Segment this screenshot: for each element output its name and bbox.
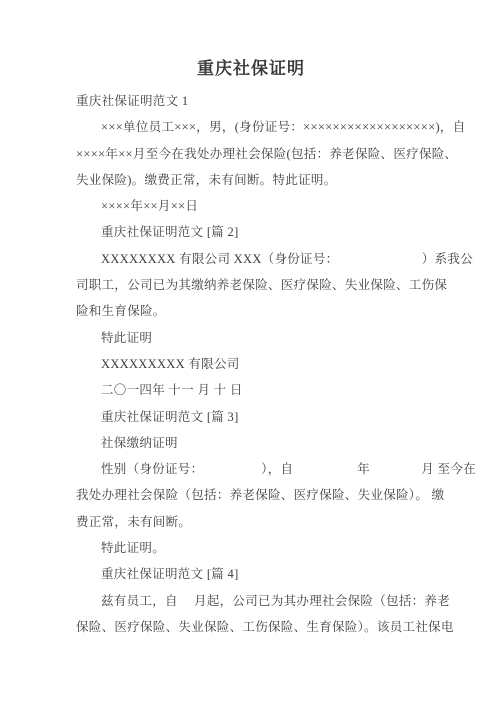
- document-line: 特此证明。: [76, 535, 426, 561]
- document-line: 重庆社保证明范文 [篇 2]: [76, 219, 426, 245]
- document-line: XXXXXXXXX 有限公司: [76, 351, 426, 377]
- document-title: 重庆社保证明: [76, 54, 426, 84]
- document-line: ××××年××月至今在我处办理社会保险(包括：养老保险、医疗保险、: [76, 141, 426, 167]
- document-line: 重庆社保证明范文 1: [76, 88, 426, 114]
- document-line: 性别（身份证号： ），自 年 月 至今在: [76, 456, 426, 482]
- document-line: 我处办理社会保险（包括：养老保险、医疗保险、失业保险）。 缴: [76, 482, 426, 508]
- document-page: 重庆社保证明 重庆社保证明范文 1×××单位员工×××，男，(身份证号：××××…: [0, 0, 500, 707]
- document-line: 司职工，公司已为其缴纳养老保险、医疗保险、失业保险、工伤保: [76, 272, 426, 298]
- document-line: 兹有员工，自 月起，公司已为其办理社会保险（包括：养老: [76, 588, 426, 614]
- document-line: 特此证明: [76, 325, 426, 351]
- document-line: 险和生育保险。: [76, 298, 426, 324]
- document-line: ××××年××月××日: [76, 193, 426, 219]
- document-body: 重庆社保证明范文 1×××单位员工×××，男，(身份证号：×××××××××××…: [76, 88, 426, 640]
- document-line: XXXXXXXX 有限公司 XXX（身份证号： ）系我公: [76, 246, 426, 272]
- document-line: 社保缴纳证明: [76, 430, 426, 456]
- document-line: ×××单位员工×××，男，(身份证号：××××××××××××××××××)，自: [76, 114, 426, 140]
- document-line: 费正常，未有间断。: [76, 509, 426, 535]
- document-line: 二〇一四年 十一 月 十 日: [76, 377, 426, 403]
- document-line: 失业保险)。缴费正常，未有间断。特此证明。: [76, 167, 426, 193]
- document-line: 保险、医疗保险、失业保险、工伤保险、生育保险）。该员工社保电: [76, 614, 426, 640]
- document-line: 重庆社保证明范文 [篇 4]: [76, 561, 426, 587]
- document-line: 重庆社保证明范文 [篇 3]: [76, 404, 426, 430]
